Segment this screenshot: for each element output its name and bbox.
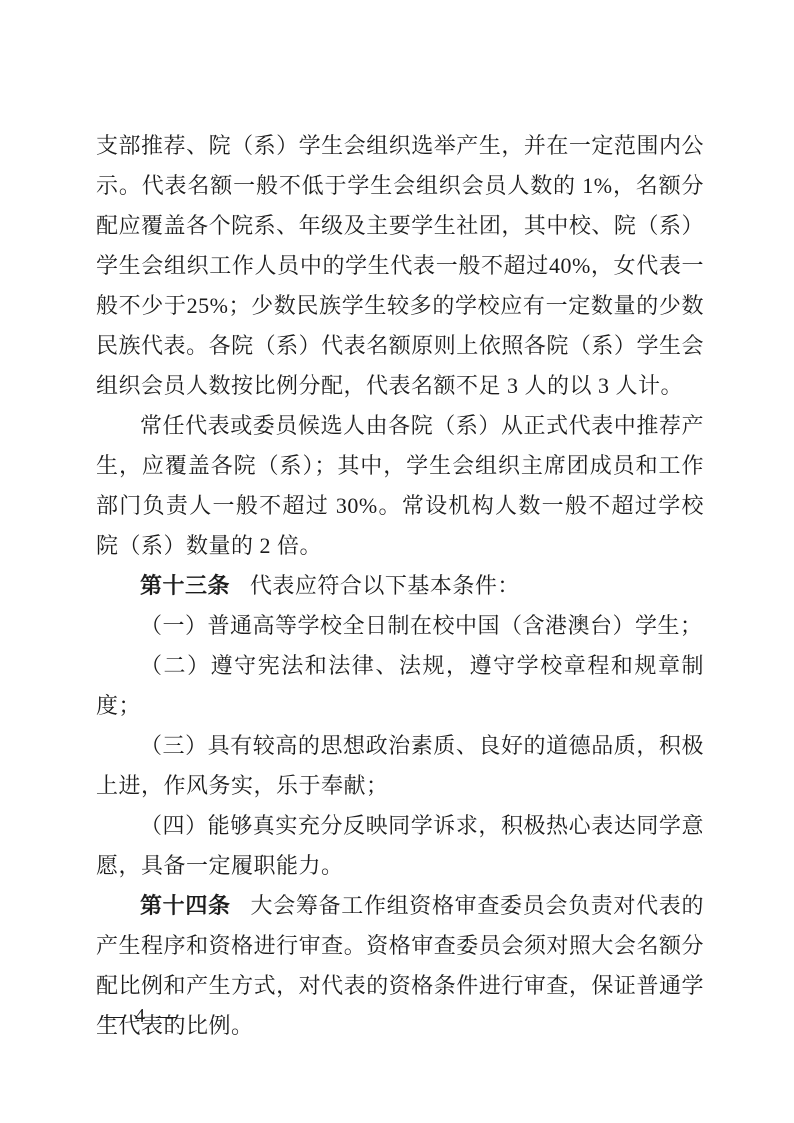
paragraph-continuation: 支部推荐、院（系）学生会组织选举产生，并在一定范围内公示。代表名额一般不低于学生… [96, 126, 704, 406]
paragraph-item-2: （二）遵守宪法和法律、法规，遵守学校章程和规章制度； [96, 646, 704, 726]
page-number: — 4 — [104, 1002, 179, 1030]
paragraph-text: 常任代表或委员候选人由各院（系）从正式代表中推荐产生，应覆盖各院（系）；其中，学… [96, 413, 704, 558]
paragraph-text: （三）具有较高的思想政治素质、良好的道德品质，积极上进，作风务实，乐于奉献； [96, 733, 704, 798]
paragraph: 常任代表或委员候选人由各院（系）从正式代表中推荐产生，应覆盖各院（系）；其中，学… [96, 406, 704, 566]
paragraph-text: 代表应符合以下基本条件： [250, 573, 520, 598]
paragraph-text: 支部推荐、院（系）学生会组织选举产生，并在一定范围内公示。代表名额一般不低于学生… [96, 133, 704, 398]
paragraph-article-14: 第十四条大会筹备工作组资格审查委员会负责对代表的产生程序和资格进行审查。资格审查… [96, 886, 704, 1046]
paragraph-text: （二）遵守宪法和法律、法规，遵守学校章程和规章制度； [96, 653, 704, 718]
document-page: 支部推荐、院（系）学生会组织选举产生，并在一定范围内公示。代表名额一般不低于学生… [0, 0, 794, 1123]
paragraph-item-1: （一）普通高等学校全日制在校中国（含港澳台）学生； [96, 606, 704, 646]
paragraph-item-3: （三）具有较高的思想政治素质、良好的道德品质，积极上进，作风务实，乐于奉献； [96, 726, 704, 806]
article-heading: 第十四条 [140, 893, 231, 918]
paragraph-item-4: （四）能够真实充分反映同学诉求，积极热心表达同学意愿，具备一定履职能力。 [96, 806, 704, 886]
paragraph-article-13: 第十三条代表应符合以下基本条件： [96, 566, 704, 606]
document-body: 支部推荐、院（系）学生会组织选举产生，并在一定范围内公示。代表名额一般不低于学生… [96, 126, 704, 1046]
paragraph-text: （一）普通高等学校全日制在校中国（含港澳台）学生； [140, 613, 703, 638]
article-heading: 第十三条 [140, 573, 230, 598]
paragraph-text: （四）能够真实充分反映同学诉求，积极热心表达同学意愿，具备一定履职能力。 [96, 813, 704, 878]
